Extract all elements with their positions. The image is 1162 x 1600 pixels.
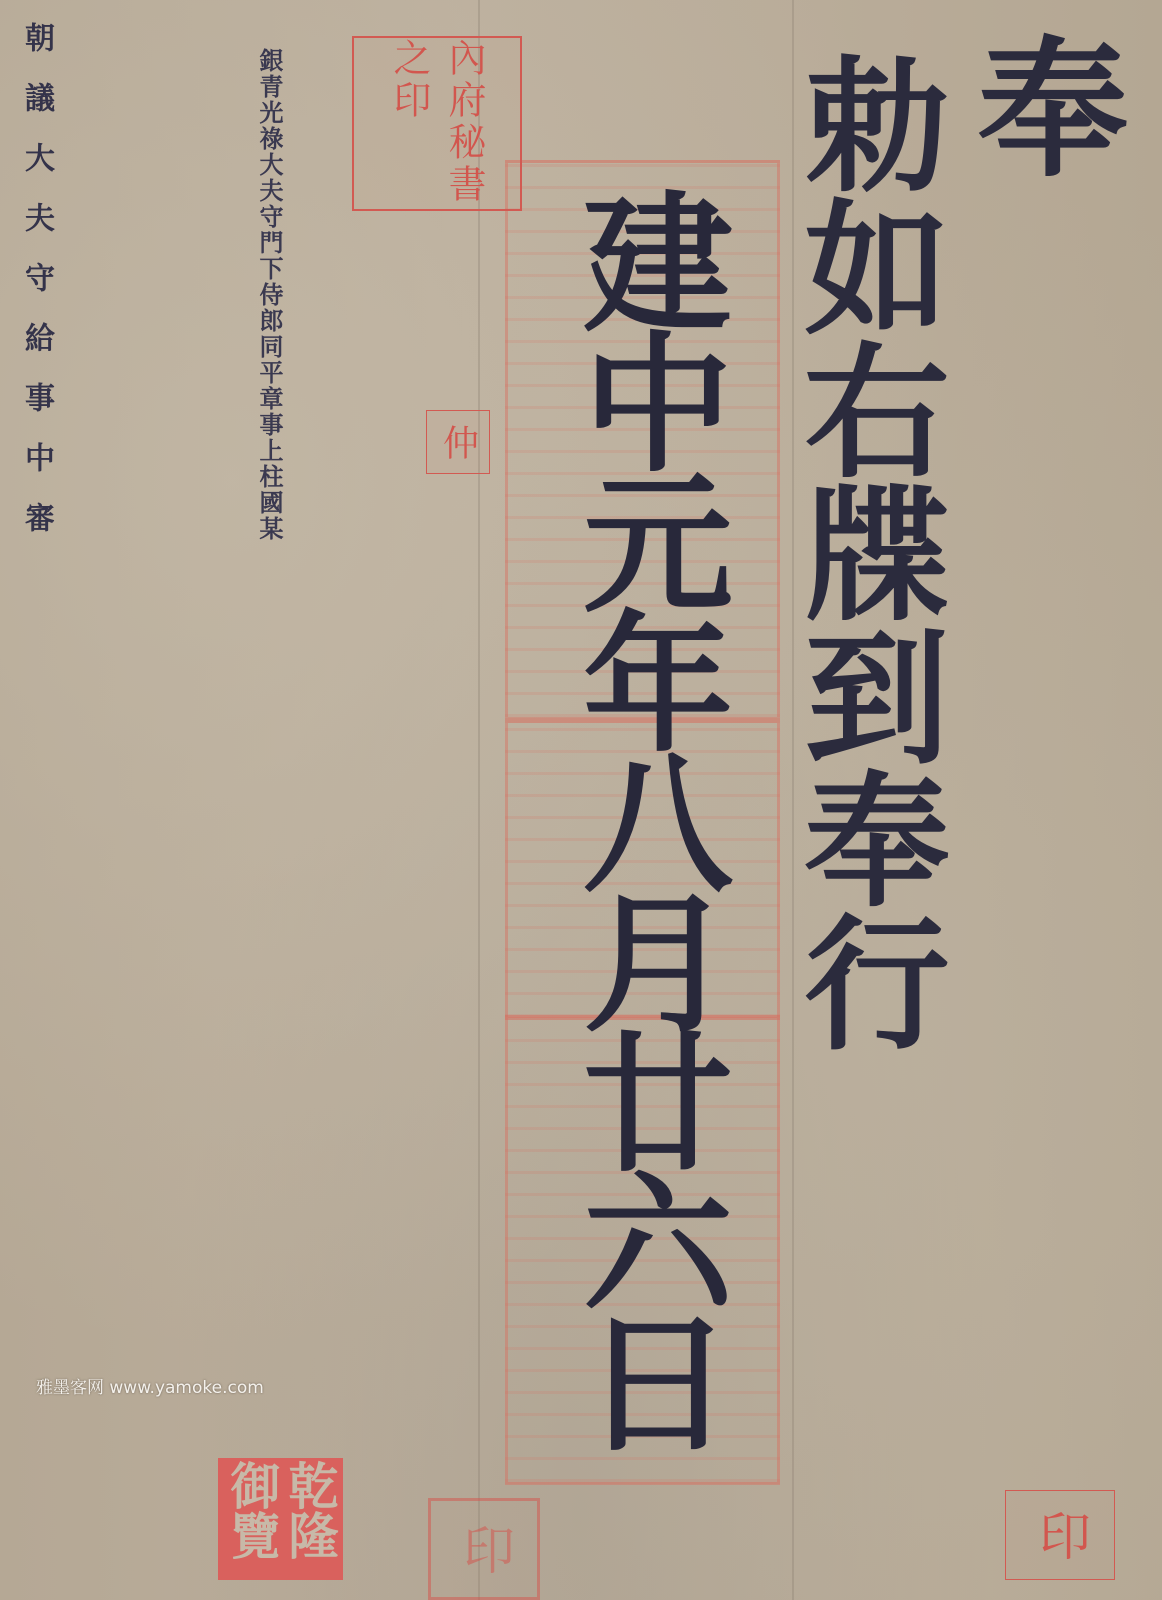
seal-bottom-right: 印 — [1005, 1490, 1115, 1580]
date-column: 建中元年八月廿六日 — [545, 185, 745, 1445]
site-watermark: 雅墨客网 www.yamoke.com — [36, 1373, 264, 1398]
seal-bottom-left: 乾隆御覽 — [218, 1458, 343, 1580]
seal-bottom-center-text: 印 — [447, 1523, 522, 1575]
official-title-column: 銀青光祿大夫守門下侍郎同平章事上柱國某 — [252, 48, 287, 542]
seal-mid-small-text: 仲 — [433, 424, 484, 460]
signature-column-left: 朝議大夫守給事中審 — [14, 22, 58, 562]
seal-bottom-center: 印 — [428, 1498, 540, 1600]
seal-top-center-text: 內府秘書之印 — [382, 38, 492, 209]
seal-mid-small: 仲 — [426, 410, 490, 474]
edict-column-1: 奉 — [945, 30, 1135, 180]
seal-bottom-left-text: 乾隆御覽 — [223, 1460, 339, 1578]
seal-bottom-right-text: 印 — [1023, 1509, 1098, 1561]
seal-top-center: 內府秘書之印 — [352, 36, 522, 211]
edict-column-2: 勅如右牒到奉行 — [775, 50, 955, 1051]
paper-seam-left — [478, 0, 480, 1600]
